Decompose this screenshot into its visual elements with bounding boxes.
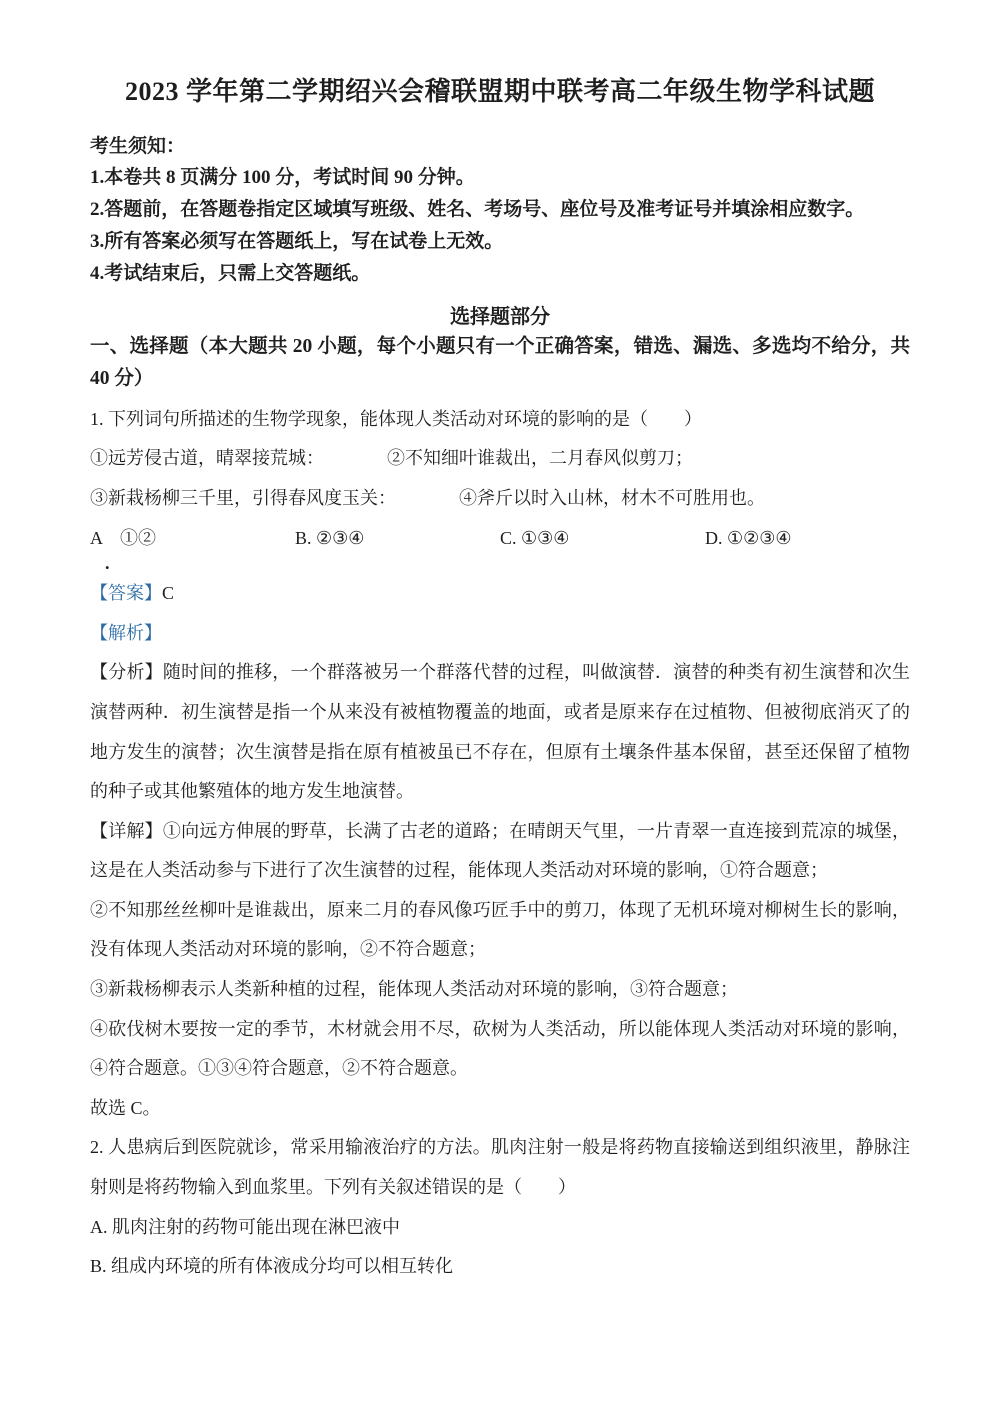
answer-block: 【答案】C 【解析】 【分析】随时间的推移，一个群落被另一个群落代替的过程，叫做…: [90, 574, 910, 1128]
notice-heading: 考生须知：: [90, 131, 910, 163]
page-title: 2023 学年第二学期绍兴会稽联盟期中联考高二年级生物学科试题: [90, 76, 910, 109]
stray-mark: .: [105, 558, 910, 574]
candidate-notice: 考生须知： 1.本卷共 8 页满分 100 分，考试时间 90 分钟。 2.答题…: [90, 131, 910, 291]
question-1-options: A ①② B. ②③④ C. ①③④ D. ①②③④: [90, 519, 910, 559]
detail-paragraph-4: ④砍伐树木要按一定的季节，木材就会用不尽，砍树为人类活动，所以能体现人类活动对环…: [90, 1010, 910, 1089]
answer-label: 【答案】: [90, 583, 162, 603]
explanation-label-line: 【解析】: [90, 614, 910, 654]
notice-item-4: 4.考试结束后，只需上交答题纸。: [90, 258, 910, 290]
answer-value: C: [162, 583, 174, 603]
detail-paragraph-2: ②不知那丝丝柳叶是谁裁出，原来二月的春风像巧匠手中的剪刀，体现了无机环境对柳树生…: [90, 891, 910, 970]
question-1-phrases-line1: ①远芳侵古道，晴翠接荒城： ②不知细叶谁裁出，二月春风似剪刀；: [90, 439, 910, 479]
answer-line: 【答案】C: [90, 574, 910, 614]
option-b: B. ②③④: [295, 519, 500, 559]
analysis-paragraph: 【分析】随时间的推移，一个群落被另一个群落代替的过程，叫做演替．演替的种类有初生…: [90, 653, 910, 811]
question-2-option-b: B. 组成内环境的所有体液成分均可以相互转化: [90, 1247, 910, 1287]
notice-item-2: 2.答题前，在答题卷指定区域填写班级、姓名、考场号、座位号及准考证号并填涂相应数…: [90, 194, 910, 226]
question-2-option-a: A. 肌肉注射的药物可能出现在淋巴液中: [90, 1208, 910, 1248]
option-c: C. ①③④: [500, 519, 705, 559]
detail-conclusion: 故选 C。: [90, 1089, 910, 1129]
section-intro: 一、选择题（本大题共 20 小题，每个小题只有一个正确答案，错选、漏选、多选均不…: [90, 331, 910, 396]
notice-item-3: 3.所有答案必须写在答题纸上，写在试卷上无效。: [90, 226, 910, 258]
notice-item-1: 1.本卷共 8 页满分 100 分，考试时间 90 分钟。: [90, 162, 910, 194]
option-a: A ①②: [90, 519, 295, 559]
explanation-label: 【解析】: [90, 623, 162, 643]
question-1-phrases-line2: ③新栽杨柳三千里，引得春风度玉关： ④斧斤以时入山林，材木不可胜用也。: [90, 479, 910, 519]
exam-paper-page: 2023 学年第二学期绍兴会稽联盟期中联考高二年级生物学科试题 考生须知： 1.…: [0, 0, 1000, 1414]
section-heading: 选择题部分: [90, 300, 910, 329]
question-2-stem: 2. 人患病后到医院就诊，常采用输液治疗的方法。肌肉注射一般是将药物直接输送到组…: [90, 1128, 910, 1207]
detail-paragraph-3: ③新栽杨柳表示人类新种植的过程，能体现人类活动对环境的影响，③符合题意；: [90, 970, 910, 1010]
option-d: D. ①②③④: [705, 519, 910, 559]
question-1-stem: 1. 下列词句所描述的生物学现象，能体现人类活动对环境的影响的是（ ）: [90, 400, 910, 440]
question-2: 2. 人患病后到医院就诊，常采用输液治疗的方法。肌肉注射一般是将药物直接输送到组…: [90, 1128, 910, 1286]
question-1: 1. 下列词句所描述的生物学现象，能体现人类活动对环境的影响的是（ ） ①远芳侵…: [90, 400, 910, 574]
detail-paragraph-1: 【详解】①向远方伸展的野草，长满了古老的道路；在晴朗天气里，一片青翠一直连接到荒…: [90, 812, 910, 891]
